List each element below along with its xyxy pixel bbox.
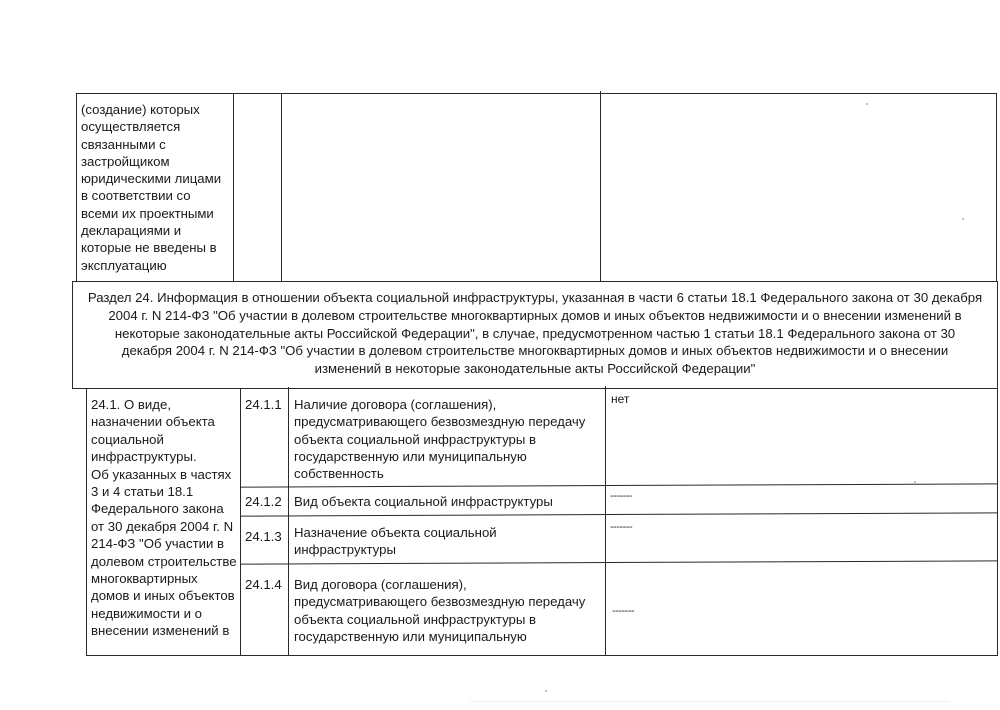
scan-speck <box>545 690 547 692</box>
scan-speck <box>866 103 868 105</box>
row-description: Назначение объекта социальной инфраструк… <box>294 524 604 559</box>
row-description: Вид договора (соглашения), предусматрива… <box>294 576 604 645</box>
top-col1-text: (создание) которых осуществляется связан… <box>81 101 231 274</box>
number-column-divider <box>288 387 289 655</box>
scan-noise-strip <box>470 701 950 702</box>
row-description: Вид объекта социальной инфраструктуры <box>294 493 604 510</box>
section-header-line-1: Раздел 24. Информация в отношении объект… <box>74 289 996 307</box>
section-header-line-3: некоторые законодательные акты Российско… <box>74 325 996 343</box>
row-number: 24.1.3 <box>245 528 282 545</box>
row-value: ------- <box>610 521 632 533</box>
row-value: ------- <box>612 605 634 617</box>
row-value: ------- <box>610 490 632 502</box>
top-divider-1 <box>233 94 234 281</box>
row-description: Наличие договора (соглашения), предусмат… <box>294 396 604 482</box>
row-number: 24.1.2 <box>245 493 282 510</box>
scan-speck <box>914 481 916 483</box>
top-divider-2 <box>281 93 282 282</box>
section-header-line-2: 2004 г. N 214-ФЗ "Об участии в долевом с… <box>74 307 996 325</box>
section-header-line-4: декабря 2004 г. N 214-ФЗ "Об участии в д… <box>74 342 996 360</box>
subsection-24-1-label: 24.1. О виде, назначении объекта социаль… <box>91 396 241 640</box>
description-column-divider <box>605 386 606 655</box>
top-divider-3 <box>600 91 601 281</box>
scanned-document-page: (создание) которых осуществляется связан… <box>0 0 1000 710</box>
row-number: 24.1.4 <box>245 576 282 593</box>
section-24-header: Раздел 24. Информация в отношении объект… <box>74 289 996 378</box>
row-value: нет <box>611 391 629 407</box>
row-number: 24.1.1 <box>245 396 282 413</box>
section-header-line-5: изменений в некоторые законодательные ак… <box>74 360 996 378</box>
scan-speck <box>962 218 964 220</box>
